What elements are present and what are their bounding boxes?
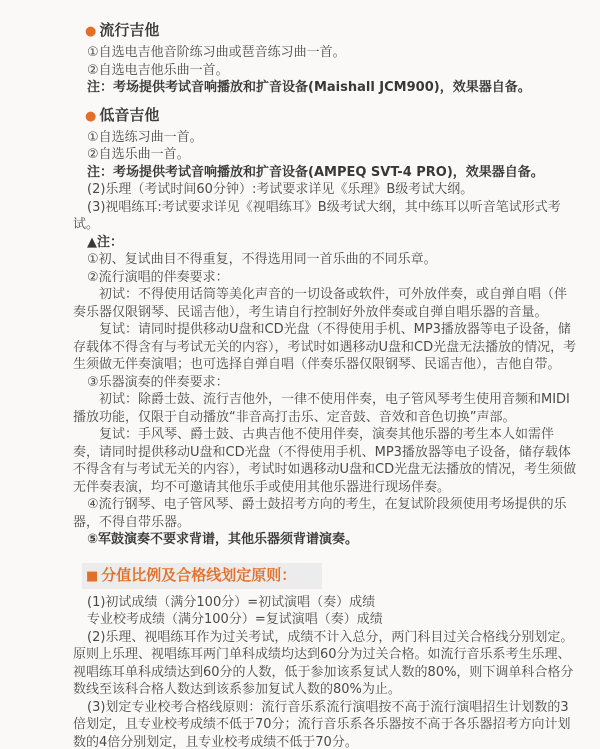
- list-item: ③乐器演奏的伴奏要求：: [73, 374, 578, 392]
- document-body: ●流行吉他①自选电吉他音阶练习曲或琶音练习曲一首。②自选电吉他乐曲一首。注：考场…: [73, 21, 578, 749]
- list-item: ②流行演唱的伴奏要求：: [73, 269, 578, 287]
- paragraph: 复试：手风琴、爵士鼓、古典吉他不使用伴奏，演奏其他乐器的考生本人如需伴奏，请同时…: [73, 426, 578, 496]
- section-title: 低音吉他: [99, 106, 159, 124]
- list-item: 专业校考成绩（满分100分）=复试演唱（奏）成绩: [73, 611, 578, 629]
- section-title: 分值比例及合格线划定原则：: [101, 566, 296, 584]
- list-item: ②自选乐曲一首。: [73, 146, 578, 164]
- document-page: ●流行吉他①自选电吉他音阶练习曲或琶音练习曲一首。②自选电吉他乐曲一首。注：考场…: [0, 0, 600, 749]
- section-title: 流行吉他: [99, 21, 159, 39]
- paragraph: 初试：不得使用话筒等美化声音的一切设备或软件，可外放伴奏，或自弹自唱（伴奏乐器仅…: [73, 286, 578, 321]
- paragraph: 初试：除爵士鼓、流行吉他外，一律不使用伴奏，电子管风琴考生使用音频和MIDI播放…: [73, 391, 578, 426]
- list-item: (2)乐理、视唱练耳作为过关考试，成绩不计入总分，两门科目过关合格线分别划定。原…: [73, 629, 578, 699]
- section-heading-highlight: ■分值比例及合格线划定原则：: [73, 563, 578, 589]
- section-heading: ●低音吉他: [73, 106, 578, 126]
- list-item: (3)划定专业校考合格线原则：流行音乐系流行演唱按不高于流行演唱招生计划数的3倍…: [73, 699, 578, 749]
- highlight-band: ■分值比例及合格线划定原则：: [82, 563, 322, 589]
- list-item: (1)初试成绩（满分100分）=初试演唱（奏）成绩: [73, 594, 578, 612]
- paragraph: 复试：请同时提供移动U盘和CD光盘（不得使用手机、MP3播放器等电子设备，储存载…: [73, 321, 578, 374]
- note-line: 注：考场提供考试音响播放和扩音设备(Maishall JCM900)，效果器自备…: [73, 79, 578, 97]
- section-heading: ●流行吉他: [73, 21, 578, 41]
- list-item: (3)视唱练耳:考试要求详见《视唱练耳》B级考试大纲，其中练耳以听音笔试形式考试…: [73, 199, 578, 234]
- square-bullet-icon: ■: [86, 569, 98, 584]
- note-list-item: ⑤军鼓演奏不要求背谱，其他乐器须背谱演奏。: [73, 531, 578, 549]
- list-item: ④流行钢琴、电子管风琴、爵士鼓招考方向的考生，在复试阶段须使用考场提供的乐器，不…: [73, 496, 578, 531]
- list-item: ①自选练习曲一首。: [73, 129, 578, 147]
- note-line: 注：考场提供考试音响播放和扩音设备(AMPEQ SVT-4 PRO)，效果器自备…: [73, 164, 578, 182]
- list-item: ①自选电吉他音阶练习曲或琶音练习曲一首。: [73, 44, 578, 62]
- list-item: ②自选电吉他乐曲一首。: [73, 62, 578, 80]
- circle-bullet-icon: ●: [85, 109, 96, 124]
- list-item: (2)乐理（考试时间60分钟）:考试要求详见《乐理》B级考试大纲。: [73, 181, 578, 199]
- list-item: ①初、复试曲目不得重复，不得选用同一首乐曲的不同乐章。: [73, 251, 578, 269]
- circle-bullet-icon: ●: [85, 24, 96, 39]
- note-line: ▲注：: [73, 234, 578, 252]
